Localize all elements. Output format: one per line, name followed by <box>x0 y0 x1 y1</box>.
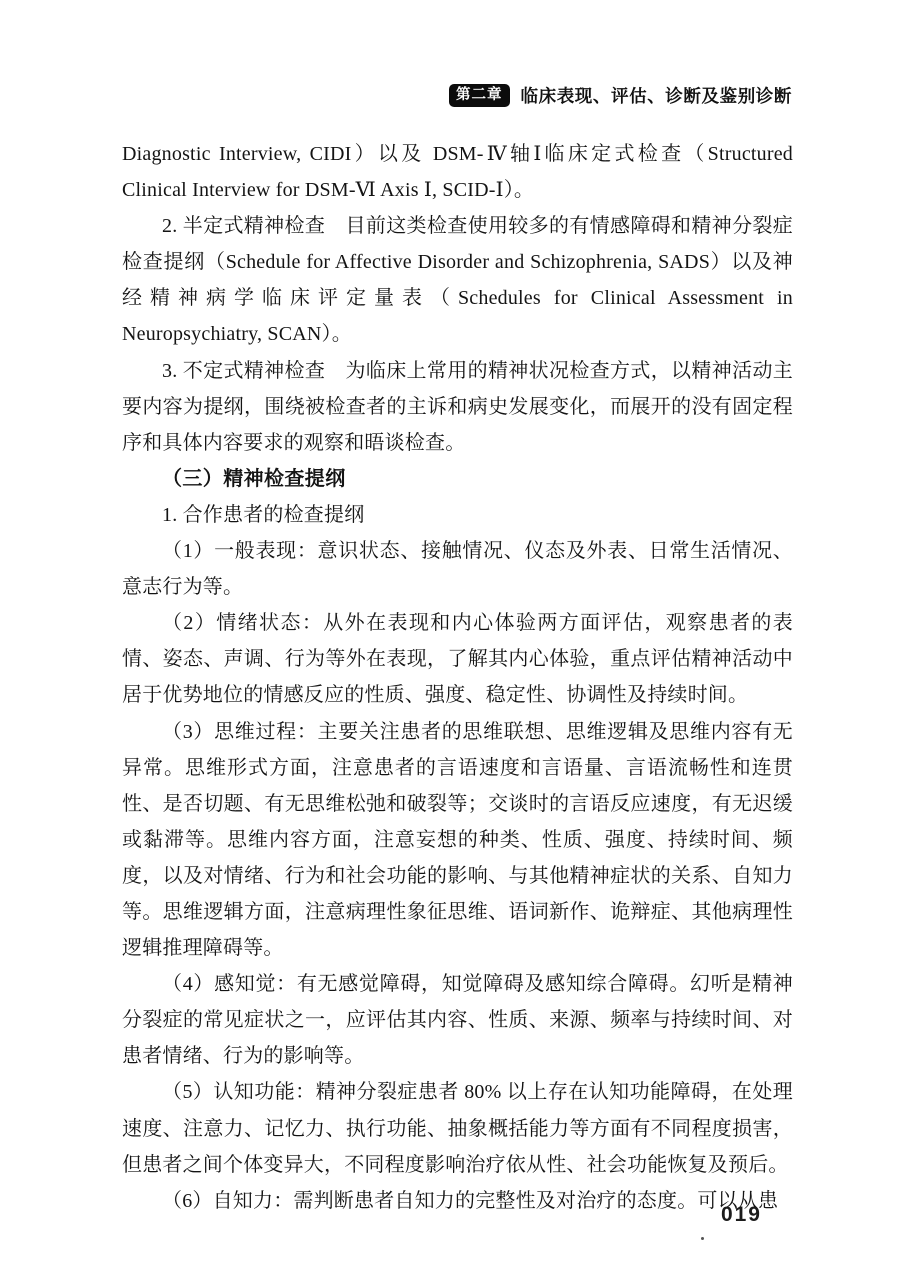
paragraph-perception: （4）感知觉：有无感觉障碍，知觉障碍及感知综合障碍。幻听是精神分裂症的常见症状之… <box>122 966 793 1074</box>
section-heading-exam-outline: （三）精神检查提纲 <box>122 461 793 497</box>
book-page: 第二章 临床表现、评估、诊断及鉴别诊断 Diagnostic Interview… <box>0 0 910 1288</box>
paragraph-thought-process: （3）思维过程：主要关注患者的思维联想、思维逻辑及思维内容有无异常。思维形式方面… <box>122 714 793 967</box>
paragraph-continuation: Diagnostic Interview, CIDI）以及 DSM-Ⅳ轴Ⅰ临床定… <box>122 136 793 208</box>
paragraph-unstructured-exam: 3. 不定式精神检查 为临床上常用的精神状况检查方式，以精神活动主要内容为提纲，… <box>122 353 793 461</box>
running-head: 第二章 临床表现、评估、诊断及鉴别诊断 <box>449 83 792 108</box>
paragraph-emotional-state: （2）情绪状态：从外在表现和内心体验两方面评估，观察患者的表情、姿态、声调、行为… <box>122 605 793 713</box>
paragraph-insight: （6）自知力：需判断患者自知力的完整性及对治疗的态度。可以从患 <box>122 1183 793 1219</box>
scan-dot-artifact <box>701 1237 704 1240</box>
subsection-cooperative-patient: 1. 合作患者的检查提纲 <box>122 497 793 533</box>
page-number: 019 <box>721 1203 762 1227</box>
paragraph-semi-structured-exam: 2. 半定式精神检查 目前这类检查使用较多的有情感障碍和精神分裂症检查提纲（Sc… <box>122 208 793 352</box>
paragraph-cognitive-function: （5）认知功能：精神分裂症患者 80% 以上存在认知功能障碍，在处理速度、注意力… <box>122 1074 793 1182</box>
body-text-block: Diagnostic Interview, CIDI）以及 DSM-Ⅳ轴Ⅰ临床定… <box>122 136 793 1219</box>
paragraph-general-appearance: （1）一般表现：意识状态、接触情况、仪态及外表、日常生活情况、意志行为等。 <box>122 533 793 605</box>
chapter-title: 临床表现、评估、诊断及鉴别诊断 <box>521 83 793 108</box>
chapter-badge: 第二章 <box>449 84 510 108</box>
